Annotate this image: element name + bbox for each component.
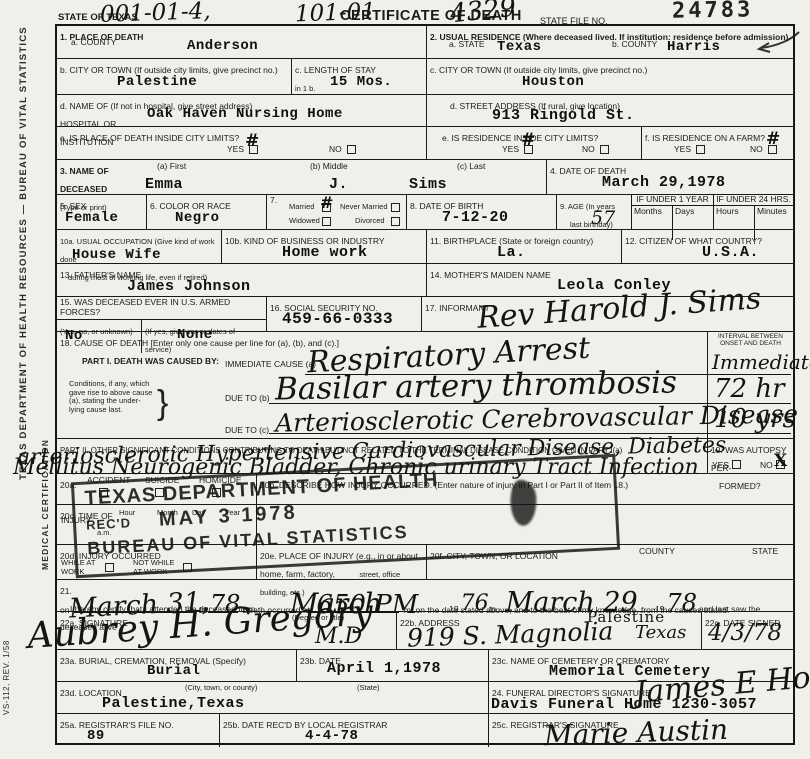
death-no-checkbox	[347, 145, 356, 154]
field-name-of-deceased: 3. NAME OF DECEASED (Type or print) (a) …	[57, 160, 547, 194]
to-year-hw: 78	[667, 589, 698, 617]
row-name-dod: 3. NAME OF DECEASED (Type or print) (a) …	[57, 160, 793, 195]
residence-yes-mark: #	[521, 130, 535, 150]
address-street-hw: 919 S. Magnolia	[407, 616, 614, 652]
residence-city-value: Houston	[522, 74, 584, 90]
marital-divorced-label: Divorced	[355, 217, 385, 226]
county-label: a. COUNTY	[71, 38, 116, 48]
farm-no-mark: #	[766, 129, 780, 149]
field-street-address: d. STREET ADDRESS (If rural, give locati…	[427, 95, 793, 126]
part1-label: PART I. DEATH WAS CAUSED BY:	[82, 356, 219, 366]
injury-county-label: COUNTY	[639, 547, 675, 557]
immediate-interval-value: Immediate	[712, 350, 810, 374]
field-burial-location: 23d. LOCATION (City, town, or county) (S…	[57, 682, 489, 713]
stamp-date: MAY 3 1978	[158, 502, 298, 531]
marital-never-checkbox	[391, 203, 400, 212]
field-residence-inside-city: e. IS RESIDENCE INSIDE CITY LIMITS? YES …	[427, 127, 642, 159]
row-institution-street: d. NAME OF (If not in hospital, give str…	[57, 95, 793, 127]
from-year-line: 76	[459, 611, 485, 612]
field-armed-forces: 15. WAS DECEASED EVER IN U.S. ARMED FORC…	[57, 297, 267, 331]
birthplace-value: La.	[497, 244, 526, 261]
registrar-date-value: 4-4-78	[305, 728, 358, 744]
farm-no-label: NO	[750, 145, 763, 155]
first-name-label: (a) First	[157, 162, 186, 172]
location-value: Palestine,Texas	[102, 695, 245, 712]
row-armed-ssn-informant: 15. WAS DECEASED EVER IN U.S. ARMED FORC…	[57, 297, 793, 332]
registrar-file-value: 89	[87, 728, 105, 744]
last-name-value: Sims	[409, 176, 447, 193]
residence-yes-label: YES	[502, 145, 519, 155]
death-no-label: NO	[329, 145, 342, 155]
father-value: James Johnson	[127, 278, 251, 295]
field-date-signed: 22c. DATE SIGNED 4/3/78	[702, 612, 793, 649]
field-death-city: b. CITY OR TOWN (If outside city limits,…	[57, 59, 292, 94]
field-death-inside-city: e. IS PLACE OF DEATH INSIDE CITY LIMITS?…	[57, 127, 427, 159]
middle-name-label: (b) Middle	[310, 162, 348, 172]
row-signature: 22a. SIGNATURE (Degree or title) Aubrey …	[57, 612, 793, 650]
cause-section-label: 18. CAUSE OF DEATH [Enter only one cause…	[60, 338, 339, 348]
field-registrar-file: 25a. REGISTRAR'S FILE NO. 89	[57, 714, 220, 747]
row-cause-of-death: 18. CAUSE OF DEATH [Enter only one cause…	[57, 332, 793, 439]
injury-state-label: STATE	[752, 547, 778, 557]
residence-state-label: a. STATE	[449, 40, 485, 50]
field-citizen: 12. CITIZEN OF WHAT COUNTRY? U.S.A.	[622, 230, 793, 263]
registrar-file-label: 25a. REGISTRAR'S FILE NO.	[60, 720, 174, 730]
dob-value: 7-12-20	[442, 209, 509, 226]
due-to-b-label: DUE TO (b)	[225, 394, 270, 404]
interval-header1: INTERVAL BETWEEN	[711, 333, 790, 340]
sex-value: Female	[65, 210, 118, 226]
stamp-recd: REC'D	[86, 515, 132, 532]
residence-county-value: Harris	[667, 39, 720, 55]
under-24-hrs-label: IF UNDER 24 HRS.	[714, 195, 793, 206]
interval-header2: ONSET AND DEATH	[711, 340, 790, 347]
field-usual-residence: 2. USUAL RESIDENCE (Where deceased lived…	[427, 26, 793, 58]
conditions-note: Conditions, if any, which gave rise to a…	[69, 380, 157, 415]
row-place-residence: 1. PLACE OF DEATH a. COUNTY Anderson 2. …	[57, 26, 793, 59]
institution-value: Oak Haven Nursing Home	[147, 106, 343, 122]
immediate-cause-label: IMMEDIATE CAUSE (a)	[225, 360, 316, 370]
street-address-value: 913 Ringold St.	[492, 107, 635, 124]
field-residence-city: c. CITY OR TOWN (If outside city limits,…	[427, 59, 793, 94]
race-value: Negro	[175, 210, 220, 226]
ssn-value: 459-66-0333	[282, 310, 393, 328]
conditions-brace: }	[157, 384, 168, 423]
field-date-of-death: 4. DATE OF DEATH March 29,1978	[547, 160, 793, 194]
marital-widowed-checkbox	[322, 217, 331, 226]
due-to-b-value: Basilar artery thrombosis	[275, 364, 678, 407]
industry-value: Home work	[282, 244, 368, 261]
field-burial-date: 23b. DATE April 1,1978	[297, 650, 489, 681]
first-name-value: Emma	[145, 176, 183, 193]
name-label2: DECEASED	[60, 184, 107, 194]
field-father: 13. FATHER'S NAME James Johnson	[57, 264, 427, 296]
death-yes-label: YES	[227, 145, 244, 155]
physician-degree-hw: M.D	[315, 624, 362, 649]
to-date-hw: March 29	[506, 587, 638, 618]
location-sub2: (State)	[357, 684, 380, 693]
field-registrar-signature: 25c. REGISTRAR'S SIGNATURE Marie Austin	[489, 714, 793, 747]
address-state-hw: Texas	[635, 622, 686, 643]
armed-forces-label: 15. WAS DECEASED EVER IN U.S. ARMED FORC…	[57, 297, 266, 319]
to-year-line: 78	[665, 611, 695, 612]
date-of-death-value: March 29,1978	[602, 174, 726, 191]
field-institution: d. NAME OF (If not in hospital, give str…	[57, 95, 427, 126]
marital-label: 7.	[270, 195, 277, 205]
field-cause-part1: 18. CAUSE OF DEATH [Enter only one cause…	[57, 332, 708, 438]
marital-married-label: Married	[289, 203, 314, 212]
field-industry: 10b. KIND OF BUSINESS OR INDUSTRY Home w…	[222, 230, 427, 263]
death-city-value: Palestine	[117, 74, 197, 90]
marital-divorced-checkbox	[391, 217, 400, 226]
farm-yes-checkbox	[696, 145, 705, 154]
length-of-stay-sub: in 1 b.	[295, 84, 315, 93]
row-location-funeral: 23d. LOCATION (City, town, or county) (S…	[57, 682, 793, 714]
autopsy-yes-checkbox	[732, 460, 741, 469]
field-date-of-birth: 8. DATE OF BIRTH 7-12-20	[407, 195, 557, 229]
field-if-under-1-year: IF UNDER 1 YEAR Months Days	[632, 195, 714, 229]
residence-county-label: b. COUNTY	[612, 40, 657, 50]
row-city-length: b. CITY OR TOWN (If outside city limits,…	[57, 59, 793, 95]
field-age: 9. AGE (In years last birthday) 57	[557, 195, 632, 229]
registrar-signature-hw: Marie Austin	[543, 713, 728, 752]
middle-name-value: J.	[329, 176, 348, 193]
death-inside-city-label: e. IS PLACE OF DEATH INSIDE CITY LIMITS?	[60, 133, 239, 143]
row-city-limits: e. IS PLACE OF DEATH INSIDE CITY LIMITS?…	[57, 127, 793, 160]
row-registrar: 25a. REGISTRAR'S FILE NO. 89 25b. DATE R…	[57, 714, 793, 747]
farm-yes-label: YES	[674, 145, 691, 155]
form-number-vertical-label: VS-112, REV. 1/58	[2, 625, 11, 715]
autopsy-yes-label: YES	[712, 461, 729, 471]
residence-state-value: Texas	[497, 39, 542, 55]
field-birthplace: 11. BIRTHPLACE (State or foreign country…	[427, 230, 622, 263]
length-of-stay-value: 15 Mos.	[330, 74, 392, 90]
death-yes-mark: #	[245, 131, 259, 151]
to-date-line: March 29	[501, 611, 651, 612]
certificate-form: 1. PLACE OF DEATH a. COUNTY Anderson 2. …	[55, 24, 795, 745]
county-value: Anderson	[187, 38, 258, 54]
field-physician-signature: 22a. SIGNATURE (Degree or title) Aubrey …	[57, 612, 397, 649]
citizen-value: U.S.A.	[702, 244, 759, 261]
occupation-value: House Wife	[72, 247, 161, 263]
from-year-hw: 76	[461, 591, 489, 616]
field-funeral-director: 24. FUNERAL DIRECTOR'S SIGNATURE James E…	[489, 682, 793, 713]
residence-no-checkbox	[600, 145, 609, 154]
last-name-label: (c) Last	[457, 162, 485, 172]
field-occupation: 10a. USUAL OCCUPATION (Give kind of work…	[57, 230, 222, 263]
field-place-of-death: 1. PLACE OF DEATH a. COUNTY Anderson	[57, 26, 427, 58]
autopsy-no-label: NO	[760, 461, 773, 471]
age-value: 57	[591, 207, 615, 229]
under-1-year-label: IF UNDER 1 YEAR	[632, 195, 713, 206]
field-residence-farm: f. IS RESIDENCE ON A FARM? YES NO #	[642, 127, 793, 159]
field-race: 6. COLOR OR RACE Negro	[147, 195, 267, 229]
marital-married-mark: #	[320, 193, 333, 212]
marital-widowed-label: Widowed	[289, 217, 320, 226]
state-file-number-stamped: 24783	[672, 0, 754, 24]
field-ssn: 16. SOCIAL SECURITY NO. 459-66-0333	[267, 297, 422, 331]
date-signed-hw: 4/3/78	[708, 620, 782, 646]
residence-no-label: NO	[582, 145, 595, 155]
burial-value: Burial	[147, 663, 200, 679]
field-burial: 23a. BURIAL, CREMATION, REMOVAL (Specify…	[57, 650, 297, 681]
autopsy-no-mark: X	[774, 451, 787, 471]
row-occupation: 10a. USUAL OCCUPATION (Give kind of work…	[57, 230, 793, 264]
marital-never-label: Never Married	[340, 203, 388, 212]
burial-date-value: April 1,1978	[327, 660, 441, 677]
field-if-under-24-hrs: IF UNDER 24 HRS. Hours Minutes	[714, 195, 793, 229]
location-sub1: (City, town, or county)	[185, 684, 257, 693]
department-vertical-label: TEXAS DEPARTMENT OF HEALTH RESOURCES — B…	[18, 60, 29, 480]
field-informant: 17. INFORMANT Rev Harold J. Sims	[422, 297, 793, 331]
field-sex: 5. SEX Female	[57, 195, 147, 229]
death-certificate-scan: STATE OF TEXAS 001-01-4, 101-01 CERTIFIC…	[0, 0, 810, 759]
field-registrar-date: 25b. DATE REC'D BY LOCAL REGISTRAR 4-4-7…	[220, 714, 489, 747]
row-sex-race-age: 5. SEX Female 6. COLOR OR RACE Negro 7. …	[57, 195, 793, 230]
mother-label: 14. MOTHER'S MAIDEN NAME	[430, 270, 551, 280]
field-marital-status: 7. Married # Never Married Widowed Divor…	[267, 195, 407, 229]
field-length-of-stay: c. LENGTH OF STAY in 1 b. 15 Mos.	[292, 59, 427, 94]
due-to-c-label: DUE TO (c)	[225, 426, 269, 436]
name-label1: 3. NAME OF	[60, 166, 109, 176]
farm-label: f. IS RESIDENCE ON A FARM?	[645, 133, 765, 143]
